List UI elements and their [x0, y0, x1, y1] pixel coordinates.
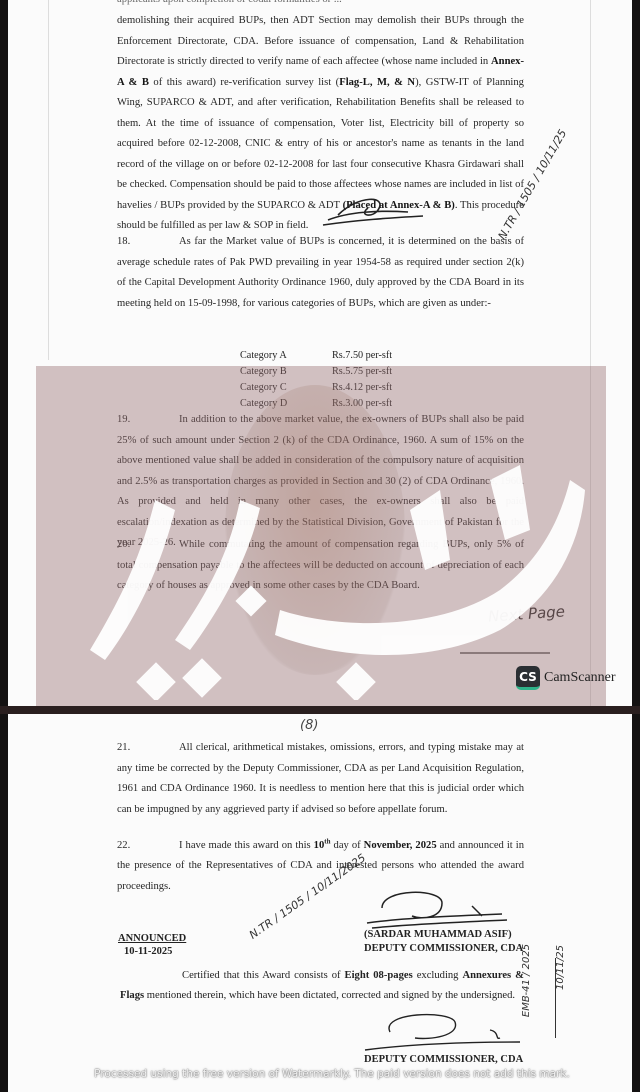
page-edge-shadow — [48, 0, 49, 360]
category-row: Category BRs.5.75 per-sft — [240, 364, 392, 380]
announced-date: 10-11-2025 — [118, 945, 186, 958]
handwritten-side-date: 10/11/25 — [555, 945, 566, 990]
paragraph-18: 18.As far the Market value of BUPs is co… — [117, 232, 524, 314]
category-name: Category C — [240, 380, 332, 396]
category-rate: Rs.4.12 per-sft — [332, 380, 392, 396]
camscanner-logo-icon: CS — [516, 666, 540, 690]
signatory-name: (SARDAR MUHAMMAD ASIF) — [364, 928, 523, 942]
page-number-mark: (8) — [300, 718, 318, 733]
paragraph-21: 21.All clerical, arithmetical mistakes, … — [117, 738, 524, 820]
announced-label: ANNOUNCED — [118, 932, 186, 945]
paragraph-21-text: All clerical, arithmetical mistakes, omi… — [117, 742, 524, 815]
paragraph-number: 19. — [117, 410, 179, 431]
camscanner-badge: CS CamScanner — [516, 666, 616, 690]
category-rate: Rs.5.75 per-sft — [332, 364, 392, 380]
signatory-title-2: DEPUTY COMMISSIONER, CDA — [364, 1054, 523, 1065]
paragraph-19: 19.In addition to the above market value… — [117, 410, 524, 554]
category-name: Category A — [240, 348, 332, 364]
category-row: Category CRs.4.12 per-sft — [240, 380, 392, 396]
camscanner-label: CamScanner — [544, 670, 616, 686]
handwritten-side-note: EMB-41 / 2025 — [521, 944, 532, 1017]
signatory-block: (SARDAR MUHAMMAD ASIF) DEPUTY COMMISSION… — [364, 928, 523, 956]
category-name: Category B — [240, 364, 332, 380]
announced-block: ANNOUNCED 10-11-2025 — [118, 932, 186, 958]
signatory-title: DEPUTY COMMISSIONER, CDA — [364, 942, 523, 956]
page-edge-shadow — [460, 652, 550, 654]
bup-category-rates-table: Category ARs.7.50 per-sftCategory BRs.5.… — [240, 348, 392, 412]
paragraph-number: 21. — [117, 738, 179, 759]
paragraph-18-text: As far the Market value of BUPs is conce… — [117, 236, 524, 309]
paragraph-19-text: In addition to the above market value, t… — [117, 414, 524, 548]
paragraph-number: 22. — [117, 836, 179, 857]
category-row: Category ARs.7.50 per-sft — [240, 348, 392, 364]
paragraph-number: 18. — [117, 232, 179, 253]
page-edge-shadow — [590, 0, 591, 706]
footer-watermark-text: Processed using the free version of Wate… — [72, 1068, 592, 1080]
paragraph-20: 20.While commutating the amount of compe… — [117, 535, 524, 597]
paragraph-number: 20. — [117, 535, 179, 556]
intro-paragraph: demolishing their acquired BUPs, then AD… — [117, 11, 524, 237]
cut-off-top-line: applicants upon completion of codal form… — [117, 0, 524, 11]
page-separator — [0, 706, 640, 714]
certification-paragraph: Certified that this Award consists of Ei… — [120, 966, 524, 1006]
paragraph-20-text: While commutating the amount of compensa… — [117, 539, 524, 591]
category-rate: Rs.7.50 per-sft — [332, 348, 392, 364]
